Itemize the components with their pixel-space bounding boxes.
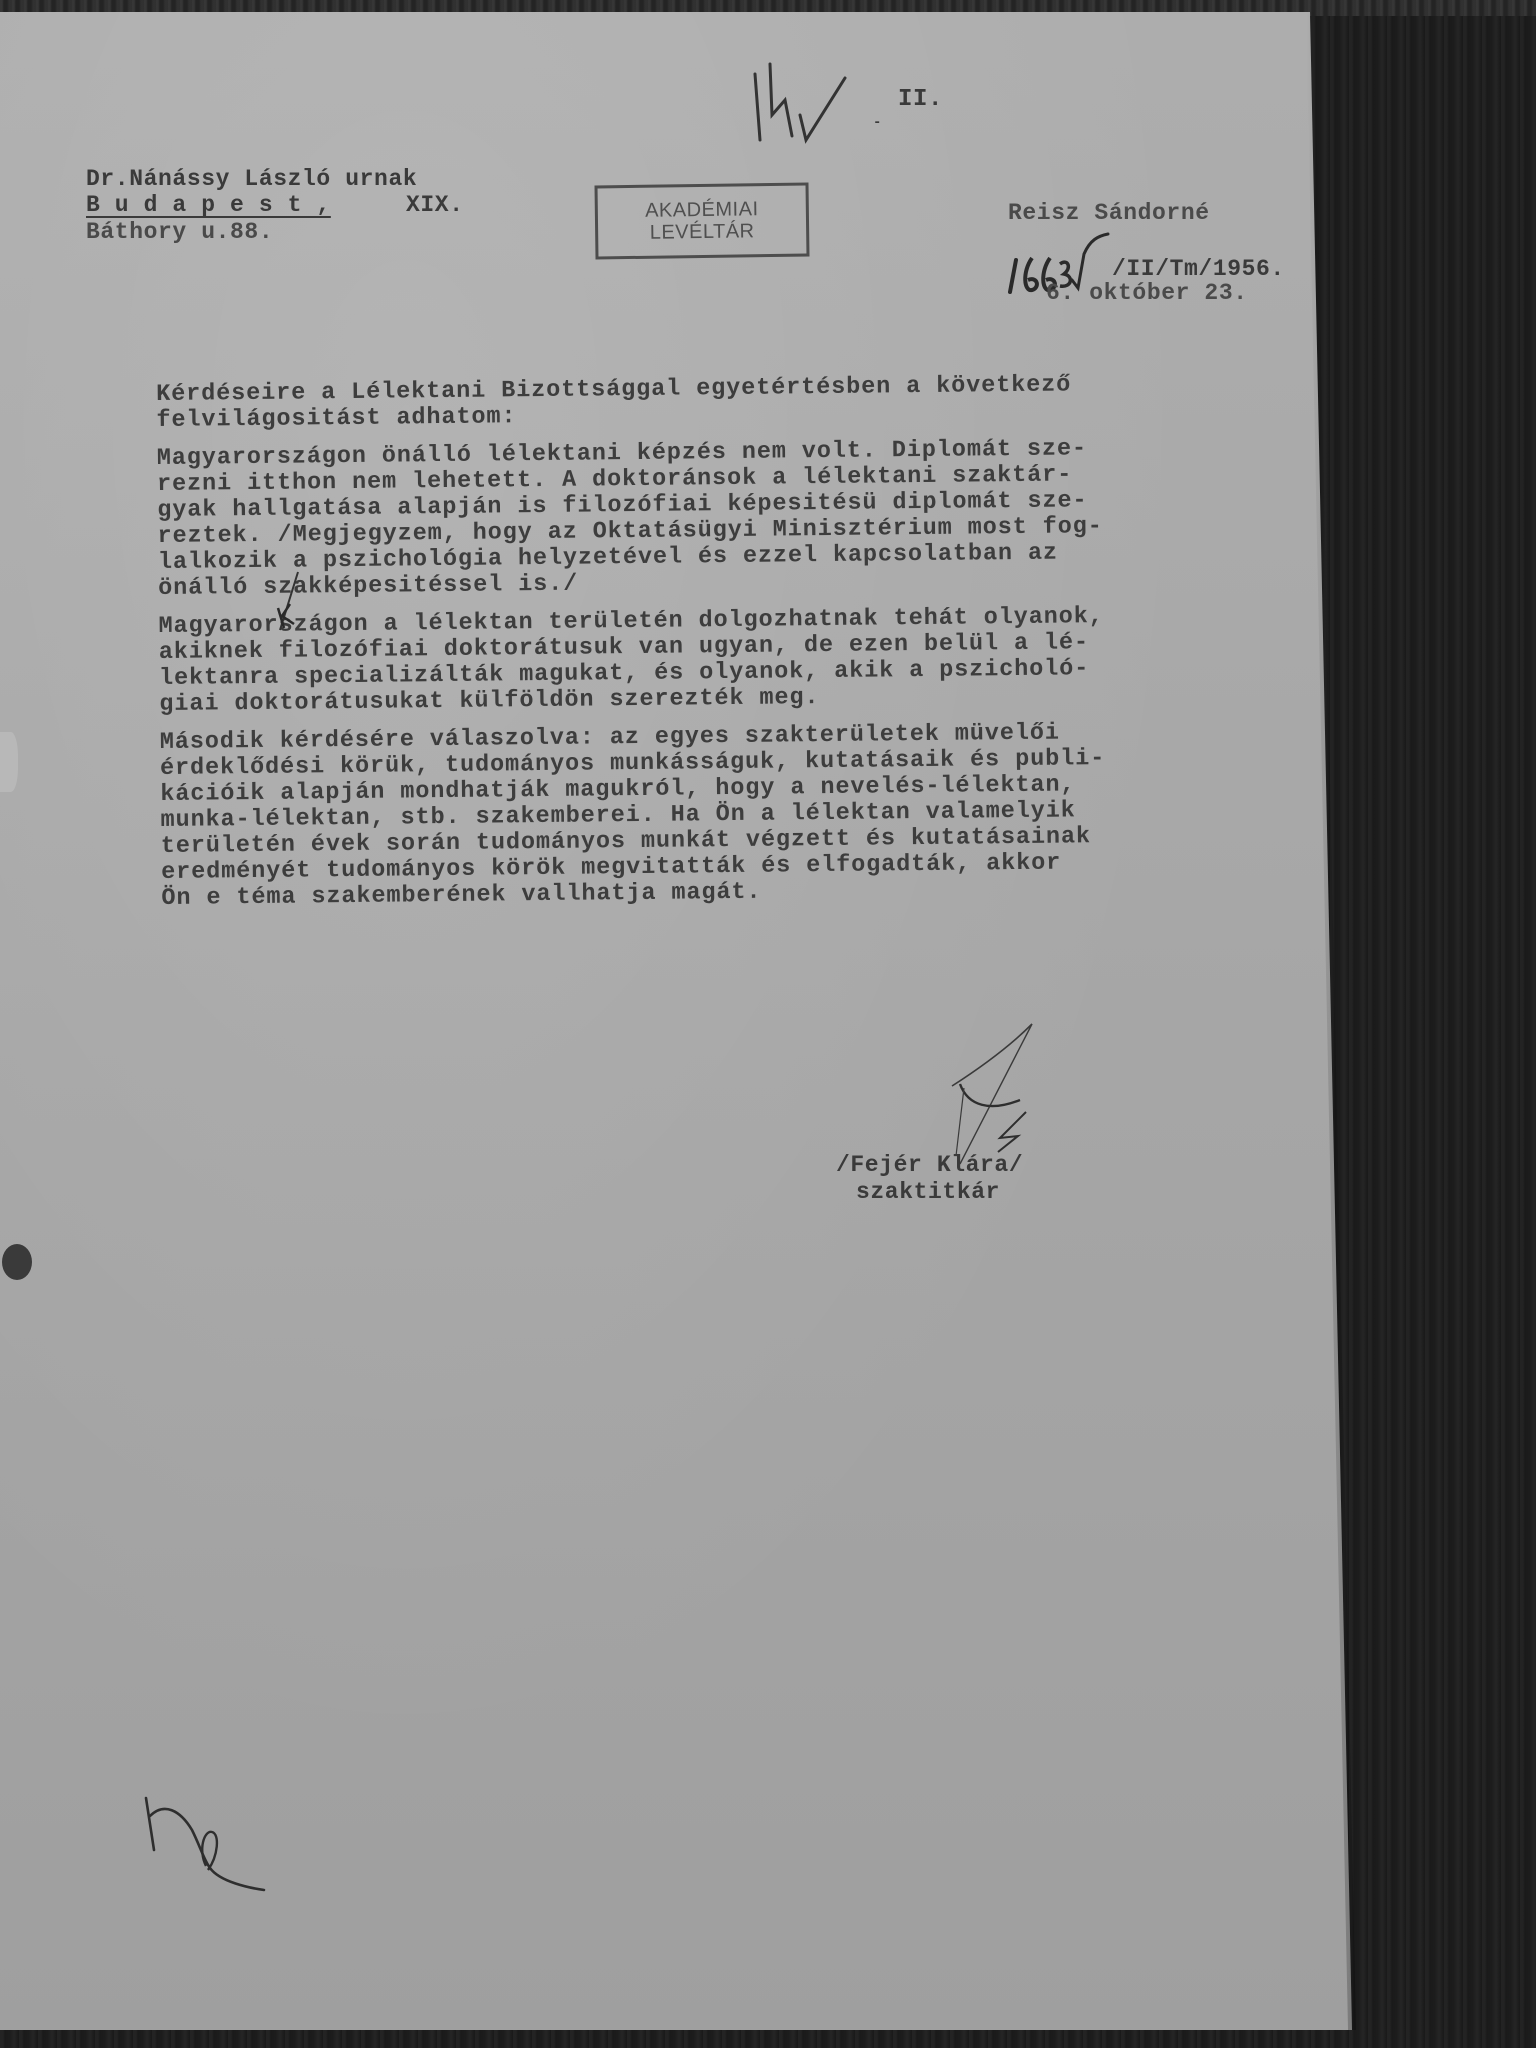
reference-typed: /II/Tm/1956. bbox=[1112, 256, 1285, 283]
recipient-city: B u d a p e s t , bbox=[86, 192, 331, 219]
paragraph-doctorates: Magyarországon a lélektan területén dolg… bbox=[158, 602, 1299, 718]
paragraph-second-question: Második kérdésére válaszolva: az egyes s… bbox=[160, 718, 1302, 912]
stamp-line-2: LEVÉLTÁR bbox=[650, 220, 755, 243]
signatory-title: szaktitkár bbox=[856, 1179, 1000, 1206]
signature-scribble-icon bbox=[920, 1016, 1070, 1166]
handwritten-page-number-icon bbox=[740, 60, 860, 150]
handwritten-correction-icon bbox=[258, 568, 328, 638]
paragraph-intro: Kérdéseire a Lélektani Bizottsággal egye… bbox=[156, 370, 1296, 434]
page-mark: II. bbox=[898, 86, 943, 113]
paper-tear bbox=[0, 732, 18, 792]
recipient-name: Dr.Nánássy László urnak bbox=[86, 166, 417, 193]
letter-date: 6. október 23. bbox=[1046, 280, 1248, 307]
archive-stamp: AKADÉMIAI LEVÉLTÁR bbox=[594, 183, 809, 260]
dash-mark: - bbox=[873, 110, 882, 137]
letter-body: Kérdéseire a Lélektani Bizottsággal egye… bbox=[156, 370, 1302, 924]
recipient-district: XIX. bbox=[406, 192, 464, 219]
punch-hole bbox=[2, 1244, 32, 1280]
stamp-line-1: AKADÉMIAI bbox=[645, 198, 759, 222]
recipient-street: Báthory u.88. bbox=[86, 219, 273, 246]
document-page: II. - Dr.Nánássy László urnak B u d a p … bbox=[0, 12, 1352, 2030]
handwritten-initials-icon bbox=[140, 1790, 280, 1900]
signatory-name: /Fejér Klára/ bbox=[836, 1152, 1023, 1179]
